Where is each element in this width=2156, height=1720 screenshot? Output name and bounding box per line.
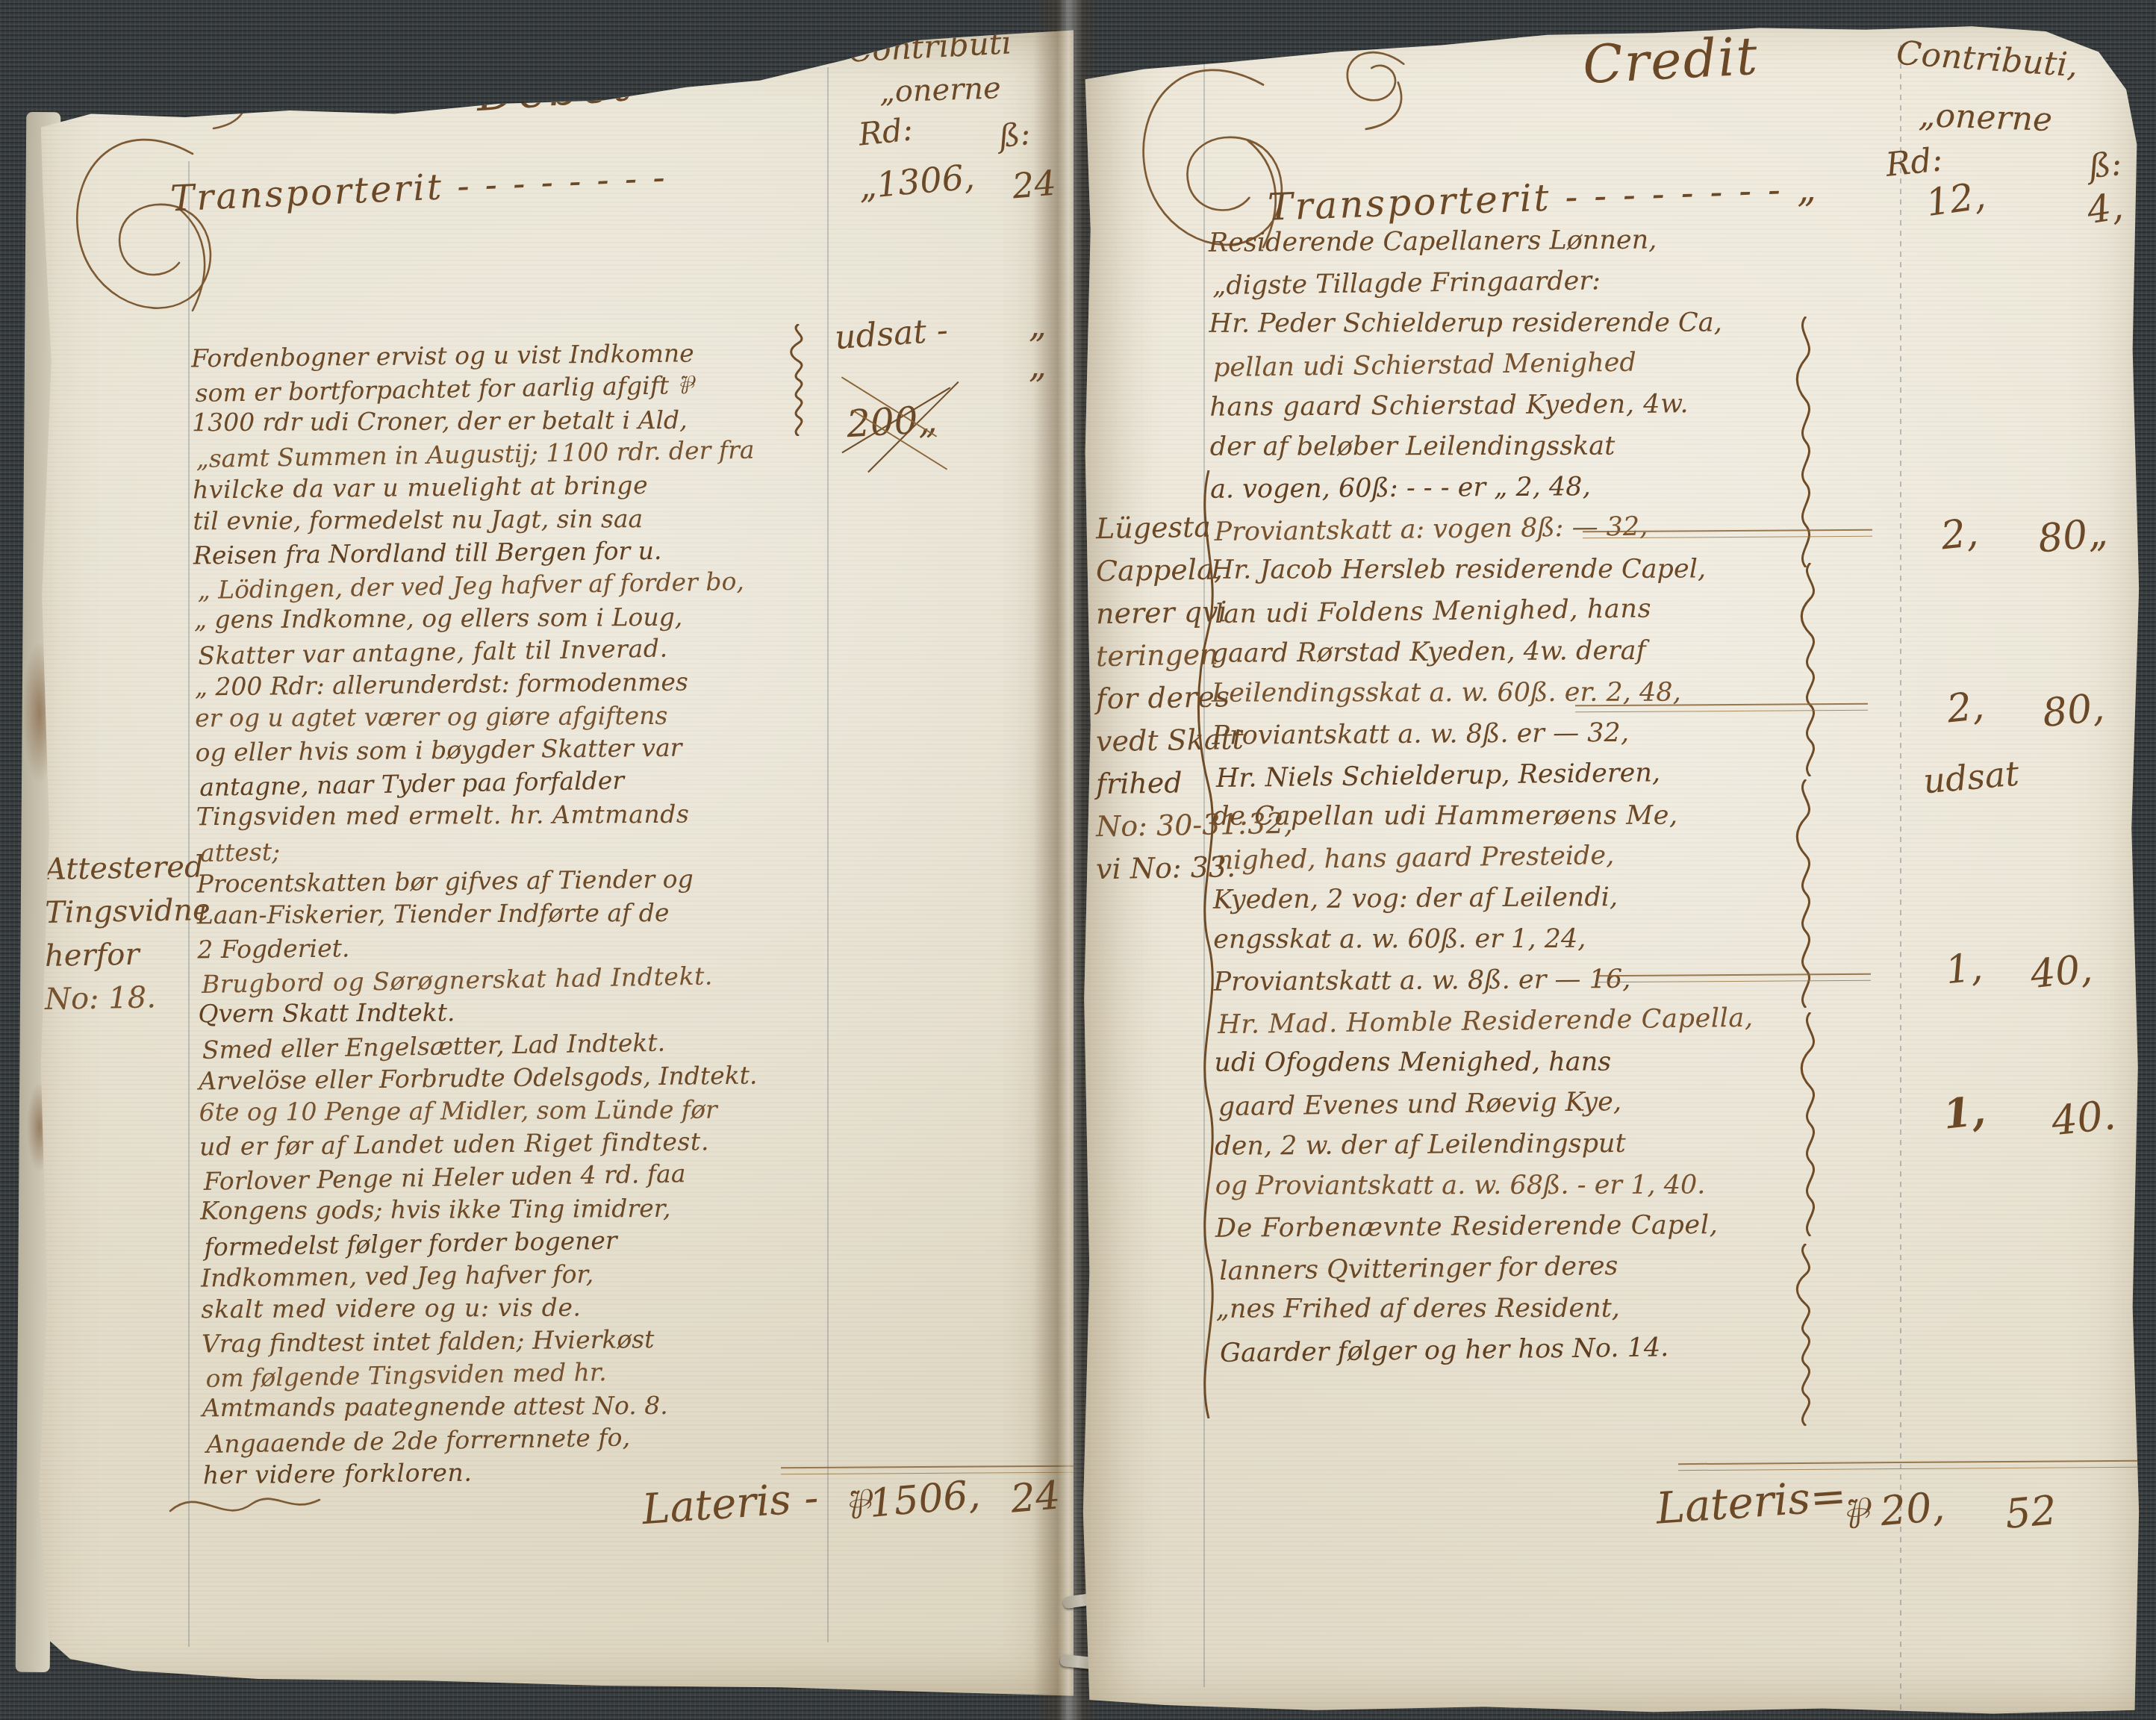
entry-sum-rule (1583, 529, 1872, 539)
manuscript-line: Laan-Fiskerier, Tiender Indførte af de (197, 896, 832, 932)
manuscript-line: den, 2 w. der af Leilendingsput (1215, 1122, 1804, 1168)
manuscript-line: Proviantskatt a. w. 8ß. er — 32, (1212, 711, 1801, 757)
entry-brace (1792, 1012, 1829, 1236)
margin-note-line: Tingsvidne (45, 888, 211, 935)
contrib-header-line1: Contributi (847, 24, 1012, 69)
manuscript-line: Kyeden, 2 vog: der af Leilendi, (1213, 876, 1803, 921)
lateris-amount-rd: ⅌ 20, (1839, 1477, 1946, 1541)
sum-amount-rd: 1, (1943, 945, 1985, 994)
transport-flourish-icon (66, 124, 237, 325)
udsat-note: udsat - (833, 311, 949, 357)
manuscript-line: „digste Tillagde Fringaarder: (1212, 258, 1803, 307)
manuscript-line: „nes Frihed af deres Resident, (1216, 1288, 1806, 1330)
manuscript-line: pellan udi Schierstad Menighed (1213, 340, 1804, 389)
amount-column-rule-line (1900, 45, 1901, 1710)
transport-amount-sk: 4, (2084, 184, 2125, 232)
left-page: Debet Contributi „onerne Rd: ß: Transpor… (28, 27, 1074, 1699)
manuscript-line: engsskat a. w. 60ß. er 1, 24, (1213, 918, 1803, 960)
manuscript-line: de Capellan udi Hammerøens Me, (1212, 795, 1802, 837)
credit-body-text: Residerende Capellaners Lønnen,„digste T… (1209, 219, 1807, 1372)
struck-amount: 200„ (846, 398, 938, 446)
manuscript-line: 6te og 10 Penge af Midler, som Lünde før (199, 1093, 834, 1129)
margin-note-attested: AttesteredTingsvidneherforNo: 18. (45, 847, 211, 1020)
lateris-amount-sk: 52 (2003, 1486, 2058, 1538)
closing-squiggle-icon (163, 1481, 327, 1533)
manuscript-line: til evnie, formedelst nu Jagt, sin saa (193, 502, 827, 537)
manuscript-scan: Debet Contributi „onerne Rd: ß: Transpor… (0, 0, 2156, 1720)
manuscript-line: De Forbenævnte Residerende Capel, (1215, 1204, 1805, 1250)
sum-amount-sk: 80„ (2036, 510, 2110, 561)
sum-amount-sk: 80, (2040, 685, 2107, 736)
header-flourish-icon (178, 49, 275, 131)
manuscript-line: og Proviantskatt a. w. 68ß. - er 1, 40. (1215, 1165, 1805, 1206)
rd-column-label: Rd: (857, 110, 915, 152)
manuscript-line: lan udi Foldens Menighed, hans (1215, 587, 1805, 635)
margin-note-line: herfor (45, 932, 211, 978)
manuscript-line: er og u agtet værer og giøre afgiftens (195, 699, 829, 735)
udsat-note: udsat (1922, 752, 2021, 801)
contrib-header-line1: Contributi, (1895, 34, 2079, 85)
transport-line: Transporterit - - - - - - - - (169, 157, 668, 220)
manuscript-line: Gaarder følger og her hos No. 14. (1220, 1326, 1810, 1374)
manuscript-line: gaard Evenes und Røevig Kye, (1218, 1079, 1809, 1128)
entry-brace (1787, 1244, 1825, 1426)
contrib-header-line2: „onerne (879, 71, 1001, 110)
margin-note-line: Attestered (45, 845, 211, 891)
margin-divider-squiggle (1187, 470, 1230, 1418)
entry-brace (1792, 563, 1829, 776)
manuscript-line: skalt med videre og u: vis de. (201, 1290, 835, 1326)
manuscript-line: Proviantskatt a: vogen 8ß: — 32, (1214, 505, 1804, 553)
rd-column-label: Rd: (1884, 140, 1945, 184)
margin-note-line: No: 18. (45, 975, 211, 1021)
manuscript-line: a. vogen, 60ß: - - - er „ 2, 48, (1210, 465, 1800, 511)
sum-amount-rd: 2, (1939, 511, 1981, 559)
sk-column-label: ß: (997, 115, 1032, 155)
transport-amount-rd: „1306, (857, 156, 976, 206)
lateris-label: Lateris= (1654, 1470, 1848, 1534)
page-title-credit: Credit (1581, 25, 1760, 96)
sum-amount-rd: 1, (1941, 1086, 1988, 1138)
manuscript-line: Hr. Mad. Homble Residerende Capella, (1218, 997, 1808, 1046)
entry-sum-rule (1596, 973, 1871, 983)
page-title-debet: Debet (475, 54, 635, 122)
manuscript-line: Residerende Capellaners Lønnen, (1209, 219, 1798, 264)
manuscript-line: nighed, hans gaard Presteide, (1216, 833, 1807, 882)
manuscript-line: Hr. Peder Schielderup residerende Ca, (1209, 302, 1799, 344)
manuscript-line: udi Ofogdens Menighed, hans (1214, 1041, 1804, 1083)
manuscript-line: Hr. Niels Schielderup, Resideren, (1215, 751, 1806, 800)
debet-body-text: Fordenbogner ervist og u vist Indkomneso… (191, 336, 838, 1492)
manuscript-line: hans gaard Schierstad Kyeden, 4w. (1209, 383, 1799, 429)
transport-amount-rd: 12, (1923, 174, 1988, 225)
manuscript-line: gaard Rørstad Kyeden, 4w. deraf (1211, 629, 1801, 675)
sum-amount-sk: 40, (2028, 947, 2095, 997)
lateris-rule (1678, 1460, 2137, 1471)
lateris-amount-rd: ⅌1506, (841, 1466, 982, 1531)
manuscript-line: lanners Qvitteringer for deres (1219, 1244, 1810, 1292)
contrib-header-line2: „onerne (1918, 96, 2053, 139)
sk-column-label: ß: (2087, 145, 2123, 186)
sum-amount-rd: 2, (1945, 684, 1987, 732)
header-flourish-icon (1327, 43, 1432, 133)
sum-amount-sk: 40. (2049, 1091, 2118, 1145)
manuscript-line: Hr. Jacob Hersleb residerende Capel, (1211, 549, 1801, 591)
right-page: Credit Contributi, „onerne Rd: ß: Transp… (1081, 7, 2141, 1717)
manuscript-line: der af beløber Leilendingsskat (1210, 426, 1800, 467)
